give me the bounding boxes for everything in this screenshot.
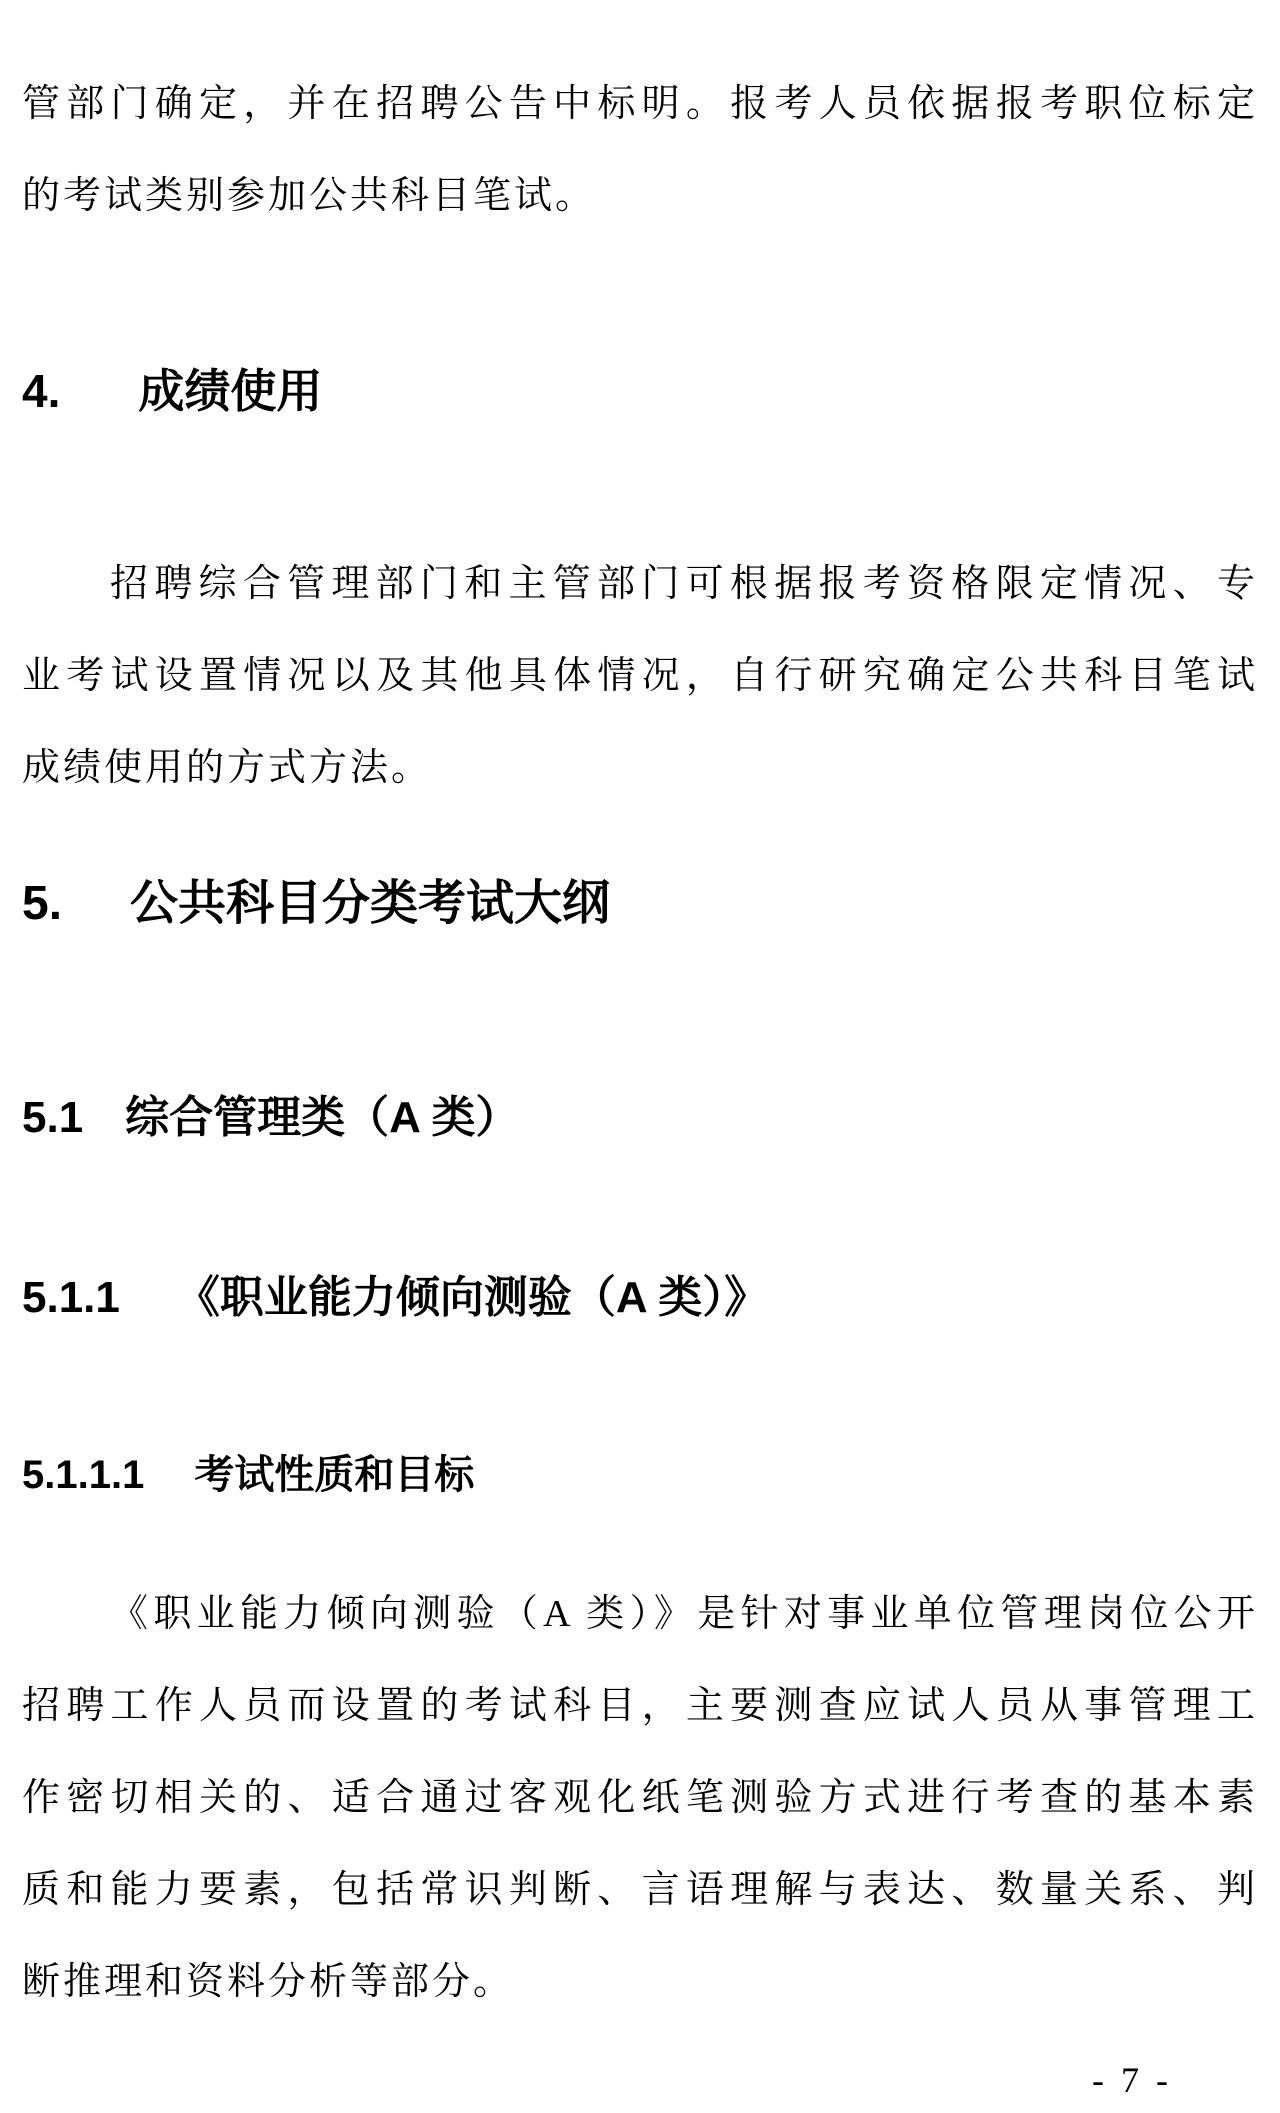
text-line: 招聘工作人员而设置的考试科目，主要测查应试人员从事管理工 <box>22 1660 1258 1752</box>
document-page: 管部门确定，并在招聘公告中标明。报考人员依据报考职位标定 的考试类别参加公共科目… <box>0 0 1280 2113</box>
heading-title: 成绩使用 <box>138 365 322 417</box>
heading-5-1: 5.1综合管理类（A 类） <box>22 1087 1258 1149</box>
text-line: 的考试类别参加公共科目笔试。 <box>22 150 1258 242</box>
heading-5-1-1-1: 5.1.1.1考试性质和目标 <box>22 1447 1258 1503</box>
heading-number: 5.1.1 <box>22 1267 120 1329</box>
heading-title: 公共科目分类考试大纲 <box>130 877 610 930</box>
heading-title: 综合管理类（A 类） <box>125 1093 519 1142</box>
text-line: 作密切相关的、适合通过客观化纸笔测验方式进行考查的基本素 <box>22 1752 1258 1844</box>
heading-4: 4.成绩使用 <box>22 359 1258 423</box>
heading-number: 5.1.1.1 <box>22 1447 144 1503</box>
paragraph-continuation: 管部门确定，并在招聘公告中标明。报考人员依据报考职位标定 的考试类别参加公共科目… <box>22 58 1258 242</box>
heading-5: 5.公共科目分类考试大纲 <box>22 871 1258 937</box>
heading-number: 5. <box>22 871 62 937</box>
text-line: 质和能力要素，包括常识判断、言语理解与表达、数量关系、判 <box>22 1844 1258 1936</box>
text-line: 管部门确定，并在招聘公告中标明。报考人员依据报考职位标定 <box>22 58 1258 150</box>
text-line: 业考试设置情况以及其他具体情况，自行研究确定公共科目笔试 <box>22 630 1258 722</box>
paragraph-exam-nature: 《职业能力倾向测验（A 类）》是针对事业单位管理岗位公开 招聘工作人员而设置的考… <box>22 1568 1258 2028</box>
text-line: 断推理和资料分析等部分。 <box>22 1936 1258 2028</box>
page-number: - 7 - <box>22 2058 1258 2102</box>
heading-number: 4. <box>22 359 60 423</box>
text-line: 《职业能力倾向测验（A 类）》是针对事业单位管理岗位公开 <box>22 1568 1258 1660</box>
text-line: 招聘综合管理部门和主管部门可根据报考资格限定情况、专 <box>22 538 1258 630</box>
heading-title: 考试性质和目标 <box>194 1453 474 1497</box>
heading-number: 5.1 <box>22 1087 83 1149</box>
text-line: 成绩使用的方式方法。 <box>22 722 1258 814</box>
heading-5-1-1: 5.1.1《职业能力倾向测验（A 类）》 <box>22 1267 1258 1329</box>
heading-title: 《职业能力倾向测验（A 类）》 <box>176 1273 768 1322</box>
paragraph-score-usage: 招聘综合管理部门和主管部门可根据报考资格限定情况、专 业考试设置情况以及其他具体… <box>22 538 1258 814</box>
